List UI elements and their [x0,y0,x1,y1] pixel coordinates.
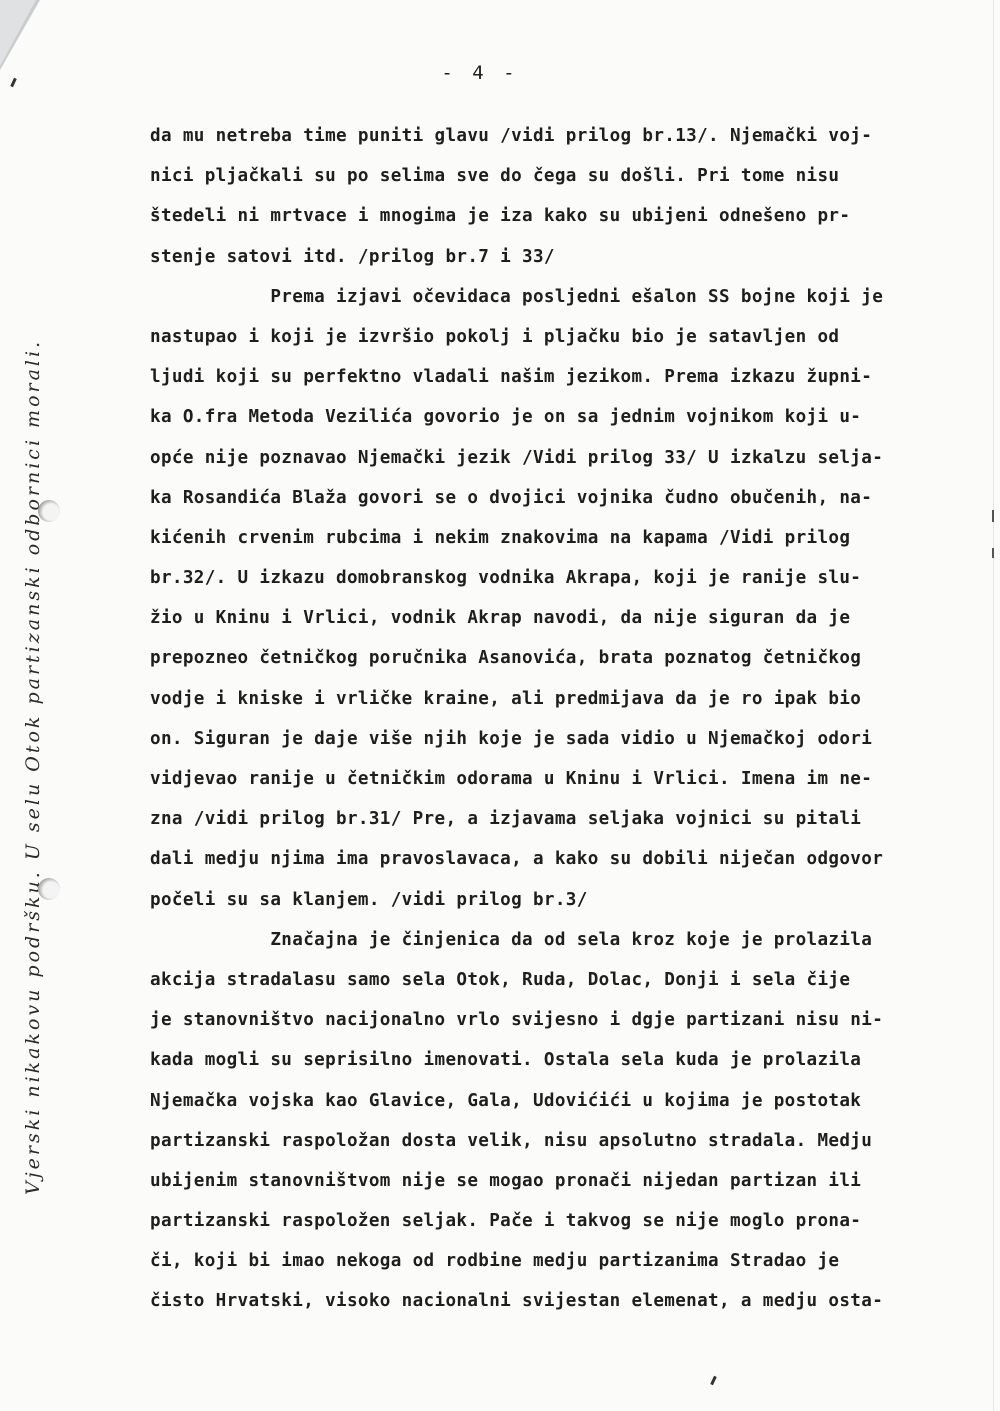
punch-hole-upper [38,500,60,522]
text-line: opće nije poznavao Njemački jezik /Vidi … [150,438,970,478]
text-line: počeli su sa klanjem. /vidi prilog br.3/ [150,880,970,920]
text-line: je stanovništvo nacijonalno vrlo svijesn… [150,1000,970,1040]
text-line: čisto Hrvatski, visoko nacionalni svijes… [150,1281,970,1321]
scan-corner-highlight [0,0,36,66]
text-line: ubijenim stanovništvom nije se mogao pro… [150,1161,970,1201]
text-line: br.32/. U izkazu domobranskog vodnika Ak… [150,558,970,598]
text-line: stenje satovi itd. /prilog br.7 i 33/ [150,237,970,277]
text-line: da mu netreba time puniti glavu /vidi pr… [150,116,970,156]
text-line: zna /vidi prilog br.31/ Pre, a izjavama … [150,799,970,839]
page-number: - 4 - [0,62,960,84]
text-line: ljudi koji su perfektno vladali našim je… [150,357,970,397]
text-line: prepozneo četničkog poručnika Asanovića,… [150,638,970,678]
text-line: dali medju njima ima pravoslavaca, a kak… [150,839,970,879]
text-line: vodje i kniske i vrličke kraine, ali pre… [150,679,970,719]
text-line: akcija stradalasu samo sela Otok, Ruda, … [150,960,970,1000]
margin-tick-mark [992,548,994,558]
text-line: on. Siguran je daje više njih koje je sa… [150,719,970,759]
text-line: štedeli ni mrtvace i mnogima je iza kako… [150,196,970,236]
text-line: kićenih crvenim rubcima i nekim znakovim… [150,518,970,558]
paper-right-edge [993,0,994,1411]
text-line: Njemačka vojska kao Glavice, Gala, Udovi… [150,1081,970,1121]
text-line: kada mogli su seprisilno imenovati. Osta… [150,1040,970,1080]
text-line: ka O.fra Metoda Vezilića govorio je on s… [150,397,970,437]
text-line: žio u Kninu i Vrlici, vodnik Akrap navod… [150,598,970,638]
text-line: Značajna je činjenica da od sela kroz ko… [150,920,970,960]
typewritten-body: da mu netreba time puniti glavu /vidi pr… [150,116,970,1322]
text-line: partizanski raspoložen seljak. Pače i ta… [150,1201,970,1241]
text-line: ka Rosandića Blaža govori se o dvojici v… [150,478,970,518]
text-line: partizanski raspoložan dosta velik, nisu… [150,1121,970,1161]
text-line: vidjevao ranije u četničkim odorama u Kn… [150,759,970,799]
punch-hole-lower [38,878,60,900]
stray-ink-mark [710,1376,717,1385]
margin-tick-mark [992,510,994,522]
text-line: či, koji bi imao nekoga od rodbine medju… [150,1241,970,1281]
text-line: nastupao i koji je izvršio pokolj i plja… [150,317,970,357]
handwritten-margin-note: Vjerski nikakovu podršku. U selu Otok pa… [22,335,44,1195]
text-line: Prema izjavi očevidaca posljedni ešalon … [150,277,970,317]
text-line: nici pljačkali su po selima sve do čega … [150,156,970,196]
